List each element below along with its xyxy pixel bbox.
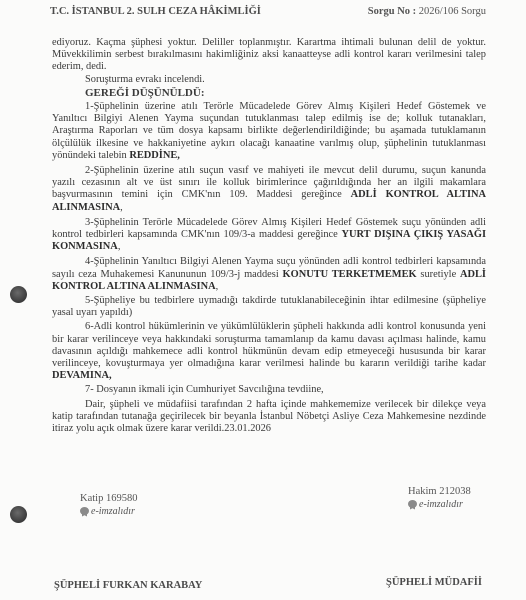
- item-verdict: KONUTU TERKETMEMEK: [283, 269, 417, 280]
- decision-item-1: 1-Şüphelinin üzerine atılı Terörle Mücad…: [52, 101, 486, 162]
- item-text: 6-Adli kontrol hükümlerinin ve yükümlülü…: [52, 321, 486, 369]
- judge-esignature: e-imzalıdır: [408, 499, 471, 510]
- judge-signature: Hakim 212038 e-imzalıdır: [408, 486, 471, 510]
- clerk-id: Katip 169580: [80, 493, 137, 504]
- decision-item-5: 5-Şüpheliye bu tedbirlere uymadığı takdi…: [52, 295, 486, 319]
- decision-item-3: 3-Şüphelinin Terörle Mücadelede Görev Al…: [52, 217, 486, 254]
- item-verdict: REDDİNE,: [129, 150, 180, 161]
- document-page: T.C. İSTANBUL 2. SULH CEZA HÂKİMLİĞİ Sor…: [0, 0, 526, 600]
- certificate-badge-icon: [80, 507, 89, 517]
- decision-item-6: 6-Adli kontrol hükümlerinin ve yükümlülü…: [52, 321, 486, 382]
- esignature-label: e-imzalıdır: [91, 506, 135, 517]
- review-paragraph: Soruşturma evrakı incelendi.: [52, 74, 486, 86]
- closing-paragraph: Dair, şüpheli ve müdafiisi tarafından 2 …: [52, 399, 486, 436]
- sorgu-value: 2026/106 Sorgu: [419, 6, 486, 17]
- decision-item-4: 4-Şüphelinin Yanıltıcı Bilgiyi Alenen Ya…: [52, 256, 486, 293]
- suspect-signature-line: ŞÜPHELİ FURKAN KARABAY: [54, 580, 202, 591]
- document-body: ediyoruz. Kaçma şüphesi yoktur. Deliller…: [52, 37, 486, 435]
- clerk-esignature: e-imzalıdır: [80, 506, 137, 517]
- decision-item-7: 7- Dosyanın ikmali için Cumhuriyet Savcı…: [52, 384, 486, 396]
- punch-hole-icon: [10, 506, 27, 523]
- clerk-signature: Katip 169580 e-imzalıdır: [80, 493, 137, 517]
- item-verdict: DEVAMINA,: [52, 370, 112, 381]
- court-name: T.C. İSTANBUL 2. SULH CEZA HÂKİMLİĞİ: [50, 6, 261, 17]
- statement-paragraph: ediyoruz. Kaçma şüphesi yoktur. Deliller…: [52, 37, 486, 74]
- counsel-signature-line: ŞÜPHELİ MÜDAFİİ: [386, 577, 482, 588]
- certificate-badge-icon: [408, 500, 417, 510]
- item-text: suretiyle: [420, 269, 456, 280]
- decision-heading: GEREĞİ DÜŞÜNÜLDÜ:: [52, 87, 486, 99]
- punch-hole-icon: [10, 286, 27, 303]
- sorgu-label: Sorgu No :: [368, 6, 416, 17]
- sorgu-number: Sorgu No : 2026/106 Sorgu: [368, 6, 486, 17]
- judge-id: Hakim 212038: [408, 486, 471, 497]
- esignature-label: e-imzalıdır: [419, 499, 463, 510]
- decision-item-2: 2-Şüphelinin üzerine atılı suçun vasıf v…: [52, 165, 486, 214]
- item-text: 1-Şüphelinin üzerine atılı Terörle Mücad…: [52, 101, 486, 161]
